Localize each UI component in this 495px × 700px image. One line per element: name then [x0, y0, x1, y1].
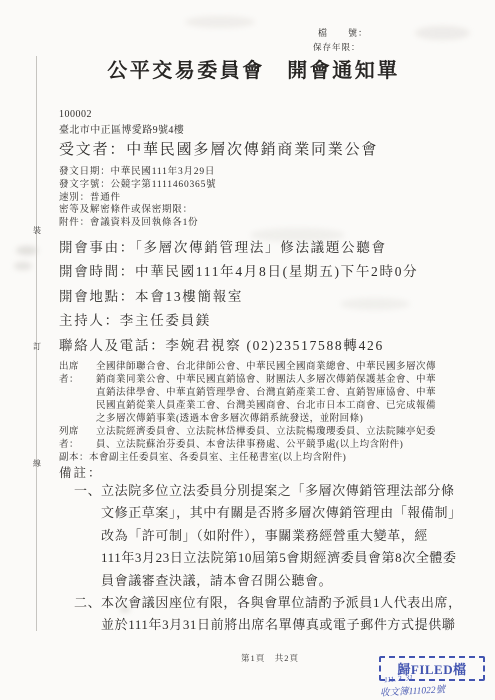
note-item-2: 二、 本次會議因座位有限，各與會單位請酌予派員1人代表出席， 並於111年3月3…: [74, 592, 466, 637]
note-number: 一、: [74, 480, 101, 592]
issue-number: 發文字號：公競字第1111460365號: [59, 179, 216, 192]
scan-smudge: [16, 246, 38, 255]
margin-mark-xian: 線: [33, 458, 41, 469]
margin-mark-zhuang: 裝: [33, 225, 41, 236]
retention-period-label: 保存年限：: [313, 41, 361, 53]
note-item-1: 一、 立法院多位立法委員分別提案之「多層次傳銷管理法部分條 文修正草案」，其中有…: [74, 480, 466, 592]
recipient-line: 受文者：中華民國多層次傳銷商業同業公會: [59, 138, 378, 159]
note-lines: 本次會議因座位有限，各與會單位請酌予派員1人代表出席， 並於111年3月31日前…: [101, 592, 466, 637]
meeting-info-block: 開會事由：「多層次傳銷管理法」修法議題公聽會 開會時間：中華民國111年4月8日…: [59, 236, 418, 358]
attendees-line: 直銷法律學會、中華直銷管理學會、台灣直銷產業工會、直銷智庫協會、中華: [96, 387, 459, 400]
doc-fields-block: 發文日期：中華民國111年3月29日 發文字號：公競字第1111460365號 …: [59, 166, 216, 230]
observers-line: 立法院經濟委員會、立法院林岱樺委員、立法院楊瓊瓔委員、立法院陳亭妃委: [96, 426, 459, 439]
meeting-time: 開會時間：中華民國111年4月8日(星期五)下午2時0分: [59, 260, 418, 284]
scan-smudge: [14, 262, 32, 270]
attendees-line: 民國直銷從業人員產業工會、台灣美國商會、台北市日本工商會、已完成報備: [96, 400, 459, 413]
page-number: 第1頁 共2頁: [241, 652, 299, 664]
attendees-line: 之多層次傳銷事業(透過本會多層次傳銷系統發送，並附回條): [96, 413, 459, 426]
document-title: 公平交易委員會 開會通知單: [0, 54, 495, 83]
notes-block: 一、 立法院多位立法委員分別提案之「多層次傳銷管理法部分條 文修正草案」，其中有…: [74, 480, 466, 637]
observers-line: 員、立法院蘇治芬委員、本會法律事務處、公平競爭處(以上均含附件): [96, 439, 459, 452]
note-lines: 立法院多位立法委員分別提案之「多層次傳銷管理法部分條 文修正草案」，其中有關是否…: [101, 480, 466, 592]
note-line: 改為「許可制」（如附件），事關業務經營重大變革，經: [101, 525, 466, 547]
issue-date: 發文日期：中華民國111年3月29日: [59, 166, 216, 179]
note-line: 並於111年3月31日前將出席名單傳真或電子郵件方式提供聯: [101, 614, 466, 636]
security-classification: 密等及解密條件或保密期限：: [59, 204, 216, 217]
scan-smudge: [415, 26, 470, 40]
meeting-chair: 主持人：李主任委員鎂: [59, 309, 418, 333]
notes-label: 備註：: [59, 463, 103, 481]
attendees-lines: 全國律師聯合會、台北律師公會、中華民國全國商業總會、中華民國多層次傳 銷商業同業…: [96, 361, 459, 426]
meeting-subject: 開會事由：「多層次傳銷管理法」修法議題公聽會: [59, 236, 418, 260]
priority: 速別：普通件: [59, 192, 216, 205]
meeting-contact: 聯絡人及電話：李婉君視察 (02)23517588轉426: [59, 334, 418, 358]
attendees-row: 出席者： 全國律師聯合會、台北律師公會、中華民國全國商業總會、中華民國多層次傳 …: [59, 361, 459, 426]
note-line: 111年3月23日立法院第10屆第5會期經濟委員會第8次全體委: [101, 547, 466, 569]
cc-line: 副本：本會副主任委員室、各委員室、主任秘書室(以上均含附件): [59, 452, 459, 465]
meeting-place: 開會地點：本會13樓簡報室: [59, 285, 418, 309]
note-line: 立法院多位立法委員分別提案之「多層次傳銷管理法部分條: [101, 480, 466, 502]
note-number: 二、: [74, 592, 101, 637]
observers-row: 列席者： 立法院經濟委員會、立法院林岱樺委員、立法院楊瓊瓔委員、立法院陳亭妃委 …: [59, 426, 459, 452]
margin-mark-ding: 訂: [33, 341, 41, 352]
observers-lines: 立法院經濟委員會、立法院林岱樺委員、立法院楊瓊瓔委員、立法院陳亭妃委 員、立法院…: [96, 426, 459, 452]
note-line: 本次會議因座位有限，各與會單位請酌予派員1人代表出席，: [101, 592, 466, 614]
attendees-line: 銷商業同業公會、中華民國直銷協會、財團法人多層次傳銷保護基金會、中華: [96, 374, 459, 387]
note-line: 員會議審查決議，請本會召開公聽會。: [101, 570, 466, 592]
attendees-label: 出席者：: [59, 361, 96, 426]
recipient-zip: 100002: [59, 109, 92, 120]
attendees-line: 全國律師聯合會、台北律師公會、中華民國全國商業總會、中華民國多層次傳: [96, 361, 459, 374]
scanned-meeting-notice-page: { "header": { "file_number_label": "檔 號：…: [0, 0, 495, 700]
filed-stamp: 歸FILED檔 111. 3. 31 收文簿111022號: [379, 656, 485, 681]
roster-block: 出席者： 全國律師聯合會、台北律師公會、中華民國全國商業總會、中華民國多層次傳 …: [59, 361, 459, 465]
note-line: 文修正草案」，其中有關是否將多層次傳銷管理由「報備制」: [101, 502, 466, 524]
recipient-address: 臺北市中正區博愛路9號4樓: [59, 121, 184, 136]
scan-smudge: [185, 16, 255, 28]
file-number-label: 檔 號：: [318, 26, 368, 39]
observers-label: 列席者：: [59, 426, 96, 452]
stamp-handwritten-number: 收文簿111022號: [380, 681, 446, 698]
attachment: 附件：會議資料及回執條各1份: [59, 217, 216, 230]
